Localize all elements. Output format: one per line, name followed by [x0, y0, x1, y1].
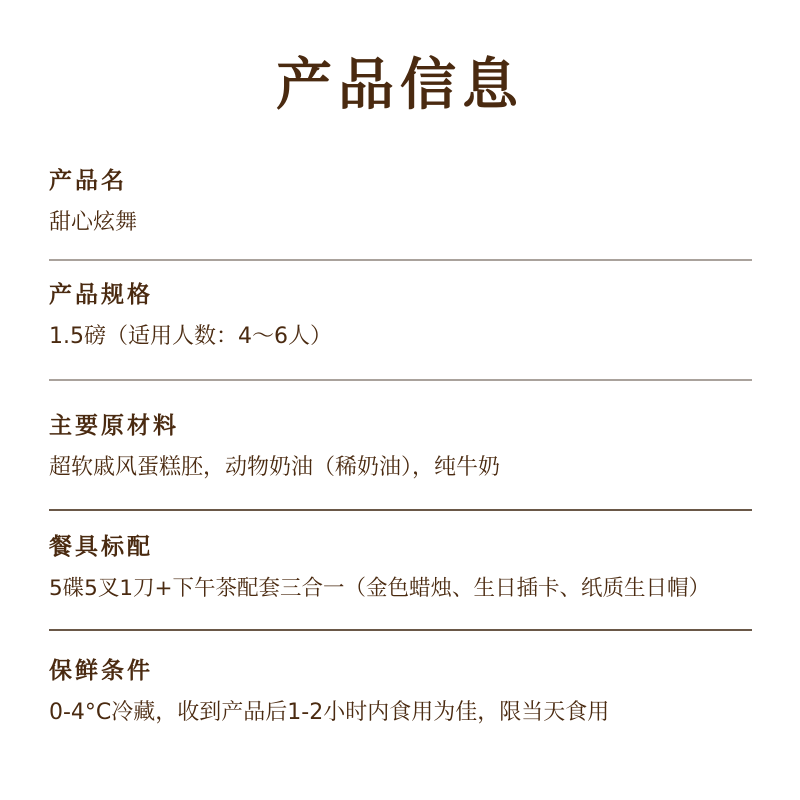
section-storage: 保鲜条件 0-4°C冷藏，收到产品后1-2小时内食用为佳，限当天食用 — [49, 656, 800, 728]
product-spec-label: 产品规格 — [49, 280, 800, 310]
page-title: 产品信息 — [0, 50, 800, 122]
section-ingredients: 主要原材料 超软戚风蛋糕胚，动物奶油（稀奶油），纯牛奶 — [49, 411, 800, 483]
section-product-spec: 产品规格 1.5磅（适用人数：4～6人） — [49, 280, 800, 352]
divider — [49, 629, 752, 631]
divider — [49, 379, 752, 381]
product-name-value: 甜心炫舞 — [49, 208, 800, 238]
storage-label: 保鲜条件 — [49, 656, 800, 686]
product-name-label: 产品名 — [49, 166, 800, 196]
ingredients-value: 超软戚风蛋糕胚，动物奶油（稀奶油），纯牛奶 — [49, 453, 800, 483]
tableware-value: 5碟5叉1刀+下午茶配套三合一（金色蜡烛、生日插卡、纸质生日帽） — [49, 574, 800, 604]
product-spec-value: 1.5磅（适用人数：4～6人） — [49, 322, 800, 352]
ingredients-label: 主要原材料 — [49, 411, 800, 441]
storage-value: 0-4°C冷藏，收到产品后1-2小时内食用为佳，限当天食用 — [49, 698, 800, 728]
divider — [49, 259, 752, 261]
section-product-name: 产品名 甜心炫舞 — [49, 166, 800, 238]
section-tableware: 餐具标配 5碟5叉1刀+下午茶配套三合一（金色蜡烛、生日插卡、纸质生日帽） — [49, 532, 800, 604]
tableware-label: 餐具标配 — [49, 532, 800, 562]
divider — [49, 509, 752, 511]
